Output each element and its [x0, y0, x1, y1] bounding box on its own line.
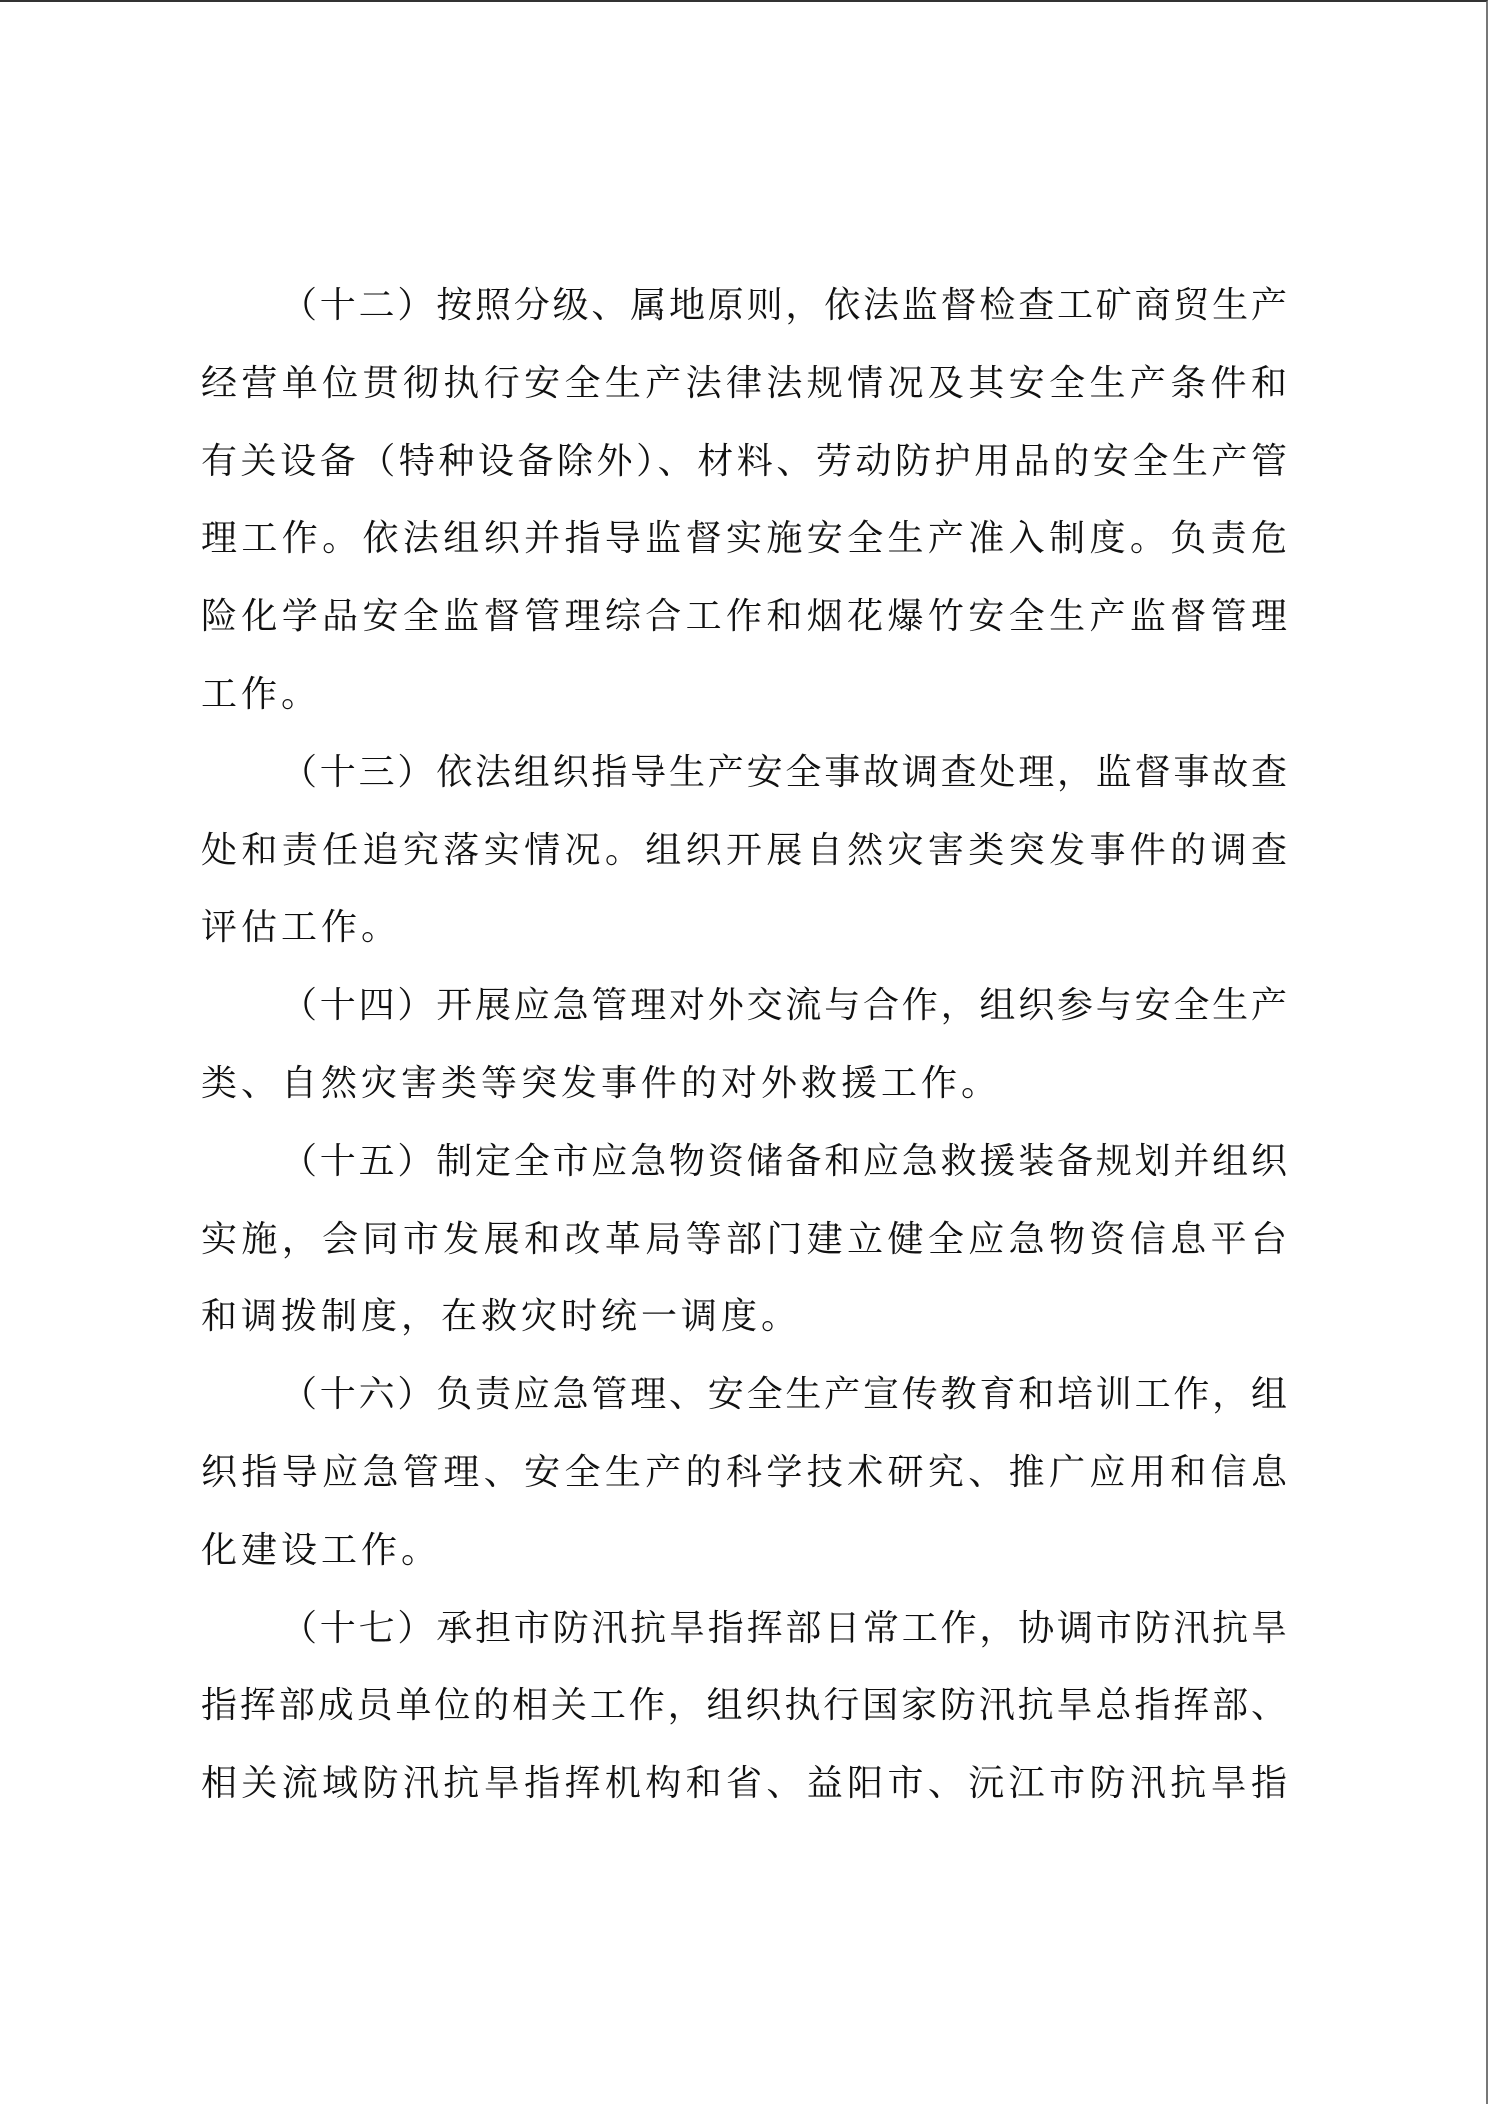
paragraph-15-line-3: 和调拨制度，在救灾时统一调度。 — [201, 1295, 1287, 1339]
paragraph-12-line-1: （十二）按照分级、属地原则，依法监督检查工矿商贸生产 — [281, 284, 1287, 328]
paragraph-12-line-4: 理工作。依法组织并指导监督实施安全生产准入制度。负责危 — [201, 517, 1287, 561]
paragraph-17-line-3: 相关流域防汛抗旱指挥机构和省、益阳市、沅江市防汛抗旱指 — [201, 1762, 1287, 1806]
paragraph-12-line-6: 工作。 — [201, 673, 1287, 717]
paragraph-15-line-1: （十五）制定全市应急物资储备和应急救援装备规划并组织 — [281, 1140, 1287, 1184]
paragraph-16-line-3: 化建设工作。 — [201, 1529, 1287, 1573]
paragraph-13-line-2: 处和责任追究落实情况。组织开展自然灾害类突发事件的调查 — [201, 829, 1287, 873]
paragraph-14-line-1: （十四）开展应急管理对外交流与合作，组织参与安全生产 — [281, 984, 1287, 1028]
document-page: （十二）按照分级、属地原则，依法监督检查工矿商贸生产 经营单位贯彻执行安全生产法… — [0, 0, 1488, 2104]
paragraph-15-line-2: 实施，会同市发展和改革局等部门建立健全应急物资信息平台 — [201, 1218, 1287, 1262]
paragraph-16-line-1: （十六）负责应急管理、安全生产宣传教育和培训工作，组 — [281, 1373, 1287, 1417]
paragraph-14-line-2: 类、自然灾害类等突发事件的对外救援工作。 — [201, 1062, 1287, 1106]
paragraph-16-line-2: 织指导应急管理、安全生产的科学技术研究、推广应用和信息 — [201, 1451, 1287, 1495]
paragraph-12-line-3: 有关设备（特种设备除外）、材料、劳动防护用品的安全生产管 — [201, 440, 1287, 484]
paragraph-12-line-5: 险化学品安全监督管理综合工作和烟花爆竹安全生产监督管理 — [201, 595, 1287, 639]
paragraph-17-line-1: （十七）承担市防汛抗旱指挥部日常工作，协调市防汛抗旱 — [281, 1607, 1287, 1651]
paragraph-17-line-2: 指挥部成员单位的相关工作，组织执行国家防汛抗旱总指挥部、 — [201, 1684, 1287, 1728]
paragraph-12-line-2: 经营单位贯彻执行安全生产法律法规情况及其安全生产条件和 — [201, 362, 1287, 406]
paragraph-13-line-1: （十三）依法组织指导生产安全事故调查处理，监督事故查 — [281, 751, 1287, 795]
paragraph-13-line-3: 评估工作。 — [201, 906, 1287, 950]
